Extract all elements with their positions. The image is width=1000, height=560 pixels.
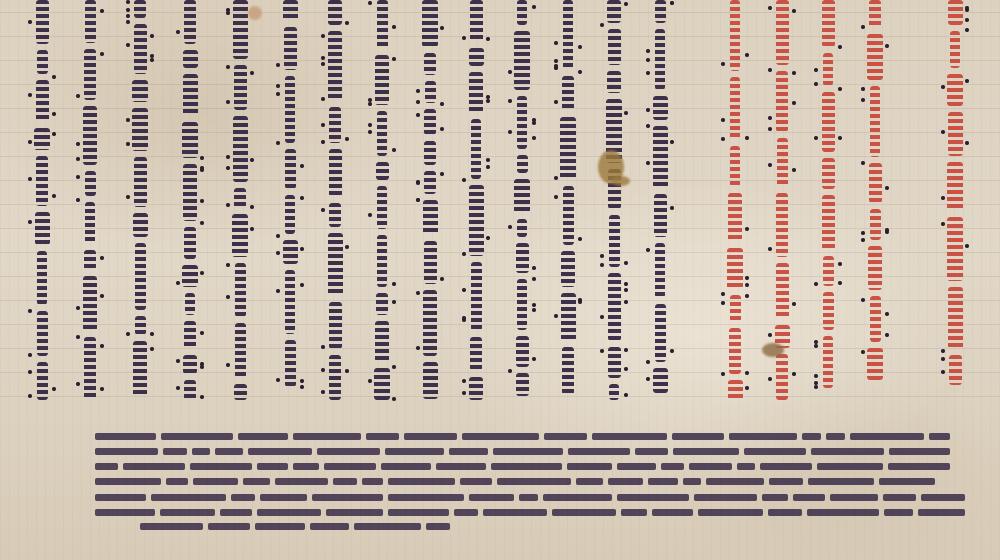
annotation-word xyxy=(312,494,383,501)
ink-word xyxy=(653,368,668,393)
vowel-dot xyxy=(600,315,604,319)
vowel-dot xyxy=(368,102,372,106)
vowel-dot xyxy=(508,369,512,373)
ink-word xyxy=(947,74,963,106)
annotation-word xyxy=(617,463,656,470)
vowel-dot xyxy=(392,282,396,286)
ink-word xyxy=(870,296,881,342)
text-column xyxy=(231,0,249,400)
ink-word xyxy=(517,96,527,149)
ink-word xyxy=(514,179,530,213)
vowel-dot xyxy=(200,331,204,335)
vowel-dot xyxy=(941,370,945,374)
annotation-word xyxy=(817,463,883,470)
ink-word xyxy=(85,0,96,43)
ink-word xyxy=(423,290,437,356)
ink-word xyxy=(777,138,788,187)
vowel-dot xyxy=(532,5,536,9)
annotation-word xyxy=(462,433,539,440)
vowel-dot xyxy=(226,363,230,367)
ink-word xyxy=(377,186,387,229)
vowel-dot xyxy=(646,49,650,53)
text-column xyxy=(773,0,791,400)
vowel-dot xyxy=(838,87,842,91)
ink-word xyxy=(728,380,743,400)
vowel-dot xyxy=(768,68,772,72)
vowel-dot xyxy=(578,70,582,74)
vowel-dot xyxy=(965,8,969,12)
vowel-dot xyxy=(486,236,490,240)
annotation-line xyxy=(140,522,450,531)
vowel-dot xyxy=(554,176,558,180)
ink-word xyxy=(329,203,341,227)
annotation-word xyxy=(293,433,361,440)
vowel-dot xyxy=(624,367,628,371)
vowel-dot xyxy=(176,359,180,363)
vowel-dot xyxy=(150,332,154,336)
vowel-dot xyxy=(321,368,325,372)
vowel-dot xyxy=(250,205,254,209)
ink-word xyxy=(823,336,833,388)
vowel-dot xyxy=(276,63,280,67)
text-column xyxy=(605,0,623,400)
vowel-dot xyxy=(646,161,650,165)
vowel-dot xyxy=(462,379,466,383)
vowel-dot xyxy=(300,196,304,200)
ink-word xyxy=(776,263,789,319)
vowel-dot xyxy=(126,332,130,336)
vowel-dot xyxy=(941,222,945,226)
vowel-dot xyxy=(76,94,80,98)
annotation-word xyxy=(354,523,421,530)
ink-word xyxy=(561,293,576,341)
annotation-word xyxy=(921,494,965,501)
ink-word xyxy=(184,380,196,400)
annotation-word xyxy=(826,433,845,440)
vowel-dot xyxy=(486,165,490,169)
ink-word xyxy=(85,202,95,244)
annotation-word xyxy=(381,463,431,470)
annotation-word xyxy=(388,478,455,485)
vowel-dot xyxy=(508,70,512,74)
vowel-dot xyxy=(52,194,56,198)
vowel-dot xyxy=(300,164,304,168)
ruling-line xyxy=(0,204,1000,205)
vowel-dot xyxy=(861,87,865,91)
vowel-dot xyxy=(200,271,204,275)
ruling-line xyxy=(0,156,1000,157)
ink-word xyxy=(285,270,295,334)
vowel-dot xyxy=(200,199,204,203)
ink-word xyxy=(728,193,742,242)
vowel-dot xyxy=(226,100,230,104)
ink-word xyxy=(283,240,298,264)
ink-word xyxy=(83,276,97,331)
vowel-dot xyxy=(100,387,104,391)
vowel-dot xyxy=(532,277,536,281)
annotation-word xyxy=(208,523,250,530)
ink-word xyxy=(183,74,198,116)
ink-word xyxy=(84,337,96,400)
vowel-dot xyxy=(624,2,628,6)
annotation-word xyxy=(883,494,916,501)
ink-word xyxy=(776,193,788,257)
annotation-word xyxy=(151,494,226,501)
vowel-dot xyxy=(226,11,230,15)
vowel-dot xyxy=(624,393,628,397)
ink-word xyxy=(328,0,342,25)
annotation-word xyxy=(491,463,562,470)
annotation-word xyxy=(884,509,913,516)
vowel-dot xyxy=(508,130,512,134)
annotation-word xyxy=(493,448,563,455)
vowel-dot xyxy=(965,244,969,248)
vowel-dot xyxy=(150,347,154,351)
ink-word xyxy=(727,248,743,289)
ink-word xyxy=(471,119,481,179)
ink-word xyxy=(234,65,247,110)
vowel-dot xyxy=(200,395,204,399)
ink-word xyxy=(376,293,388,315)
annotation-word xyxy=(648,478,678,485)
annotation-word xyxy=(275,478,328,485)
ink-word xyxy=(376,162,389,180)
vowel-dot xyxy=(276,234,280,238)
vowel-dot xyxy=(52,387,56,391)
vowel-dot xyxy=(126,118,130,122)
ink-word xyxy=(562,347,574,395)
ink-word xyxy=(517,219,527,237)
ink-word xyxy=(183,355,197,374)
ink-word xyxy=(329,149,342,197)
vowel-dot xyxy=(176,30,180,34)
vowel-dot xyxy=(861,350,865,354)
ink-word xyxy=(84,49,96,100)
ink-word xyxy=(134,24,147,74)
annotation-word xyxy=(661,463,684,470)
annotation-line xyxy=(95,493,965,502)
annotation-word xyxy=(140,523,203,530)
ink-word xyxy=(609,384,619,400)
text-column xyxy=(513,0,531,400)
annotation-word xyxy=(436,463,486,470)
annotation-word xyxy=(449,448,488,455)
ink-word xyxy=(37,362,48,400)
vowel-dot xyxy=(624,348,628,352)
annotation-word xyxy=(161,433,233,440)
ink-word xyxy=(329,302,342,349)
text-column xyxy=(373,0,391,400)
vowel-dot xyxy=(321,62,325,66)
ink-word xyxy=(608,29,621,65)
vowel-dot xyxy=(276,251,280,255)
vowel-dot xyxy=(52,75,56,79)
annotation-word xyxy=(317,448,380,455)
ink-word xyxy=(868,246,882,290)
vowel-dot xyxy=(814,340,818,344)
annotation-word xyxy=(469,494,514,501)
annotation-word xyxy=(238,433,288,440)
vowel-dot xyxy=(150,34,154,38)
annotation-word xyxy=(243,478,270,485)
ink-word xyxy=(285,149,296,189)
ink-word xyxy=(655,304,666,362)
ink-word xyxy=(653,96,668,120)
vowel-dot xyxy=(76,306,80,310)
text-column xyxy=(421,0,439,400)
vowel-dot xyxy=(814,385,818,389)
annotation-word xyxy=(544,433,587,440)
vowel-dot xyxy=(768,116,772,120)
vowel-dot xyxy=(321,123,325,127)
ink-word xyxy=(184,0,196,44)
annotation-word xyxy=(808,478,874,485)
ink-word xyxy=(374,368,390,400)
ink-word xyxy=(132,108,148,151)
vowel-dot xyxy=(646,58,650,62)
annotation-word xyxy=(768,509,802,516)
annotation-word xyxy=(310,523,349,530)
vowel-dot xyxy=(861,161,865,165)
vowel-dot xyxy=(721,372,725,376)
vowel-dot xyxy=(276,141,280,145)
vowel-dot xyxy=(126,20,130,24)
vowel-dot xyxy=(250,227,254,231)
ink-word xyxy=(654,194,667,237)
vowel-dot xyxy=(150,58,154,62)
annotation-word xyxy=(366,433,399,440)
vowel-dot xyxy=(814,374,818,378)
vowel-dot xyxy=(28,20,32,24)
ruling-line xyxy=(0,84,1000,85)
vowel-dot xyxy=(100,294,104,298)
vowel-dot xyxy=(838,281,842,285)
vowel-dot xyxy=(416,113,420,117)
ink-word xyxy=(35,212,50,245)
vowel-dot xyxy=(276,84,280,88)
ink-word xyxy=(729,328,741,374)
annotation-word xyxy=(95,448,158,455)
ink-word xyxy=(870,86,880,157)
ink-word xyxy=(135,243,146,310)
annotation-line xyxy=(95,432,950,441)
ink-word xyxy=(83,106,97,165)
annotation-word xyxy=(673,448,739,455)
ink-word xyxy=(561,251,575,287)
vowel-dot xyxy=(321,390,325,394)
ink-word xyxy=(608,347,621,378)
vowel-dot xyxy=(721,301,725,305)
annotation-word xyxy=(497,478,571,485)
ink-word xyxy=(34,128,50,150)
ink-word xyxy=(948,0,963,25)
vowel-dot xyxy=(276,289,280,293)
annotation-word xyxy=(404,433,457,440)
ink-word xyxy=(560,117,576,180)
ink-word xyxy=(730,77,740,140)
vowel-dot xyxy=(624,282,628,286)
ink-word xyxy=(470,337,482,371)
ink-word xyxy=(375,321,389,362)
annotation-word xyxy=(190,463,252,470)
annotation-word xyxy=(454,509,478,516)
vowel-dot xyxy=(670,1,674,5)
ink-word xyxy=(37,311,48,356)
ink-word xyxy=(823,53,833,86)
vowel-dot xyxy=(768,6,772,10)
vowel-dot xyxy=(462,252,466,256)
ink-word xyxy=(469,48,484,66)
annotation-word xyxy=(192,448,210,455)
annotation-word xyxy=(163,448,187,455)
vowel-dot xyxy=(600,349,604,353)
vowel-dot xyxy=(578,45,582,49)
ink-word xyxy=(422,0,438,47)
ink-word xyxy=(517,279,527,330)
vowel-dot xyxy=(462,36,466,40)
ink-word xyxy=(514,31,530,90)
annotation-word xyxy=(231,494,255,501)
vowel-dot xyxy=(768,163,772,167)
ink-word xyxy=(235,323,246,378)
vowel-dot xyxy=(670,140,674,144)
vowel-dot xyxy=(100,256,104,260)
ink-word xyxy=(470,0,483,42)
vowel-dot xyxy=(321,140,325,144)
ink-word xyxy=(283,0,298,21)
ink-word xyxy=(424,241,437,284)
vowel-dot xyxy=(100,344,104,348)
annotation-word xyxy=(698,509,763,516)
vowel-dot xyxy=(126,0,130,4)
annotation-word xyxy=(652,509,693,516)
ink-word xyxy=(608,273,621,341)
annotation-word xyxy=(95,494,146,501)
vowel-dot xyxy=(600,254,604,258)
annotation-word xyxy=(608,478,643,485)
vowel-dot xyxy=(200,221,204,225)
annotation-word xyxy=(621,509,647,516)
annotation-word xyxy=(362,478,383,485)
vowel-dot xyxy=(300,247,304,251)
vowel-dot xyxy=(745,276,749,280)
vowel-dot xyxy=(508,225,512,229)
ink-word xyxy=(234,188,246,208)
ink-word xyxy=(133,213,148,237)
vowel-dot xyxy=(646,71,650,75)
vowel-dot xyxy=(462,391,466,395)
annotation-word xyxy=(215,448,243,455)
annotation-word xyxy=(95,433,156,440)
ink-stain xyxy=(762,343,784,357)
ink-word xyxy=(285,195,295,234)
ink-stain xyxy=(612,176,630,186)
annotation-word xyxy=(683,478,701,485)
text-column xyxy=(81,0,99,400)
vowel-dot xyxy=(745,371,749,375)
ink-word xyxy=(232,214,248,257)
annotation-word xyxy=(568,448,630,455)
vowel-dot xyxy=(76,175,80,179)
vowel-dot xyxy=(885,186,889,190)
ink-word xyxy=(562,76,574,111)
ink-word xyxy=(469,72,483,113)
vowel-dot xyxy=(276,92,280,96)
vowel-dot xyxy=(486,37,490,41)
ruling-line xyxy=(0,324,1000,325)
ink-word xyxy=(870,209,881,240)
annotation-word xyxy=(293,463,319,470)
annotation-line xyxy=(95,508,965,517)
vowel-dot xyxy=(176,386,180,390)
vowel-dot xyxy=(745,283,749,287)
annotation-word xyxy=(889,448,950,455)
vowel-dot xyxy=(814,82,818,86)
vowel-dot xyxy=(646,124,650,128)
vowel-dot xyxy=(392,365,396,369)
annotation-word xyxy=(617,494,689,501)
ink-word xyxy=(182,122,198,158)
vowel-dot xyxy=(768,377,772,381)
annotation-word xyxy=(123,463,185,470)
vowel-dot xyxy=(126,142,130,146)
vowel-dot xyxy=(300,379,304,383)
annotation-word xyxy=(460,478,492,485)
vowel-dot xyxy=(486,158,490,162)
ink-word xyxy=(822,158,835,189)
ink-word xyxy=(185,293,195,315)
vowel-dot xyxy=(440,102,444,106)
text-column xyxy=(726,0,744,400)
vowel-dot xyxy=(150,54,154,58)
annotation-word xyxy=(220,509,252,516)
text-column xyxy=(819,0,837,390)
vowel-dot xyxy=(462,318,466,322)
ink-word xyxy=(424,109,436,135)
vowel-dot xyxy=(321,56,325,60)
ink-word xyxy=(516,373,529,396)
annotation-line xyxy=(95,462,950,471)
vowel-dot xyxy=(941,130,945,134)
vowel-dot xyxy=(52,112,56,116)
ink-word xyxy=(135,316,146,335)
vowel-dot xyxy=(28,220,32,224)
vowel-dot xyxy=(554,314,558,318)
vowel-dot xyxy=(745,53,749,57)
text-column xyxy=(866,0,884,380)
ink-word xyxy=(655,243,665,298)
ink-word xyxy=(950,31,960,68)
vowel-dot xyxy=(28,394,32,398)
text-column xyxy=(131,0,149,400)
vowel-dot xyxy=(462,178,466,182)
ink-word xyxy=(517,0,527,25)
vowel-dot xyxy=(670,349,674,353)
vowel-dot xyxy=(745,136,749,140)
vowel-dot xyxy=(532,357,536,361)
ruling-line xyxy=(0,396,1000,397)
annotation-word xyxy=(388,494,464,501)
ink-word xyxy=(328,233,343,296)
vowel-dot xyxy=(670,206,674,210)
annotation-word xyxy=(95,509,155,516)
vowel-dot xyxy=(76,157,80,161)
vowel-dot xyxy=(28,177,32,181)
vowel-dot xyxy=(368,130,372,134)
ink-word xyxy=(867,348,883,380)
ink-word xyxy=(655,29,665,90)
vowel-dot xyxy=(861,98,865,102)
